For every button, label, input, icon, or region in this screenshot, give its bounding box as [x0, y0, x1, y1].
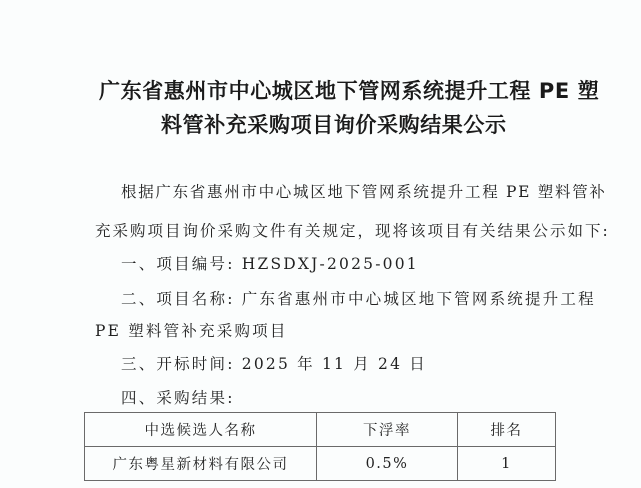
item-label: 二、项目名称:: [121, 290, 235, 308]
procurement-result-table: 中选候选人名称 下浮率 排名 广东粤星新材料有限公司 0.5% 1: [84, 412, 556, 481]
project-number-value: HZSDXJ-2025-001: [242, 255, 419, 273]
header-candidate-name: 中选候选人名称: [85, 413, 317, 447]
document-page: 广东省惠州市中心城区地下管网系统提升工程 PE 塑 料管补充采购项目询价采购结果…: [0, 0, 641, 488]
header-discount-rate: 下浮率: [317, 413, 458, 447]
item-project-name-continuation: PE 塑料管补充采购项目: [95, 321, 288, 341]
bid-opening-date-value: 2025 年 11 月 24 日: [242, 355, 427, 373]
table-header-row: 中选候选人名称 下浮率 排名: [85, 413, 556, 447]
document-title-line-2: 料管补充采购项目询价采购结果公示: [161, 112, 507, 138]
header-rank: 排名: [458, 413, 556, 447]
cell-rank: 1: [458, 447, 556, 481]
table-row: 广东粤星新材料有限公司 0.5% 1: [85, 447, 556, 481]
item-label: 四、采购结果:: [121, 389, 235, 407]
cell-discount-rate: 0.5%: [317, 447, 458, 481]
cell-candidate-name: 广东粤星新材料有限公司: [85, 447, 317, 481]
item-project-name: 二、项目名称: 广东省惠州市中心城区地下管网系统提升工程: [121, 289, 596, 309]
intro-paragraph-line-1: 根据广东省惠州市中心城区地下管网系统提升工程 PE 塑料管补: [121, 182, 607, 202]
item-procurement-result: 四、采购结果:: [121, 388, 235, 408]
item-label: 一、项目编号:: [121, 255, 235, 273]
item-label: 三、开标时间:: [121, 355, 235, 373]
item-bid-opening-time: 三、开标时间: 2025 年 11 月 24 日: [121, 354, 427, 374]
document-title-line-1: 广东省惠州市中心城区地下管网系统提升工程 PE 塑: [99, 78, 599, 104]
intro-paragraph-line-2: 充采购项目询价采购文件有关规定，现将该项目有关结果公示如下:: [95, 221, 610, 241]
project-name-value: 广东省惠州市中心城区地下管网系统提升工程: [242, 290, 596, 308]
item-project-number: 一、项目编号: HZSDXJ-2025-001: [121, 254, 419, 274]
